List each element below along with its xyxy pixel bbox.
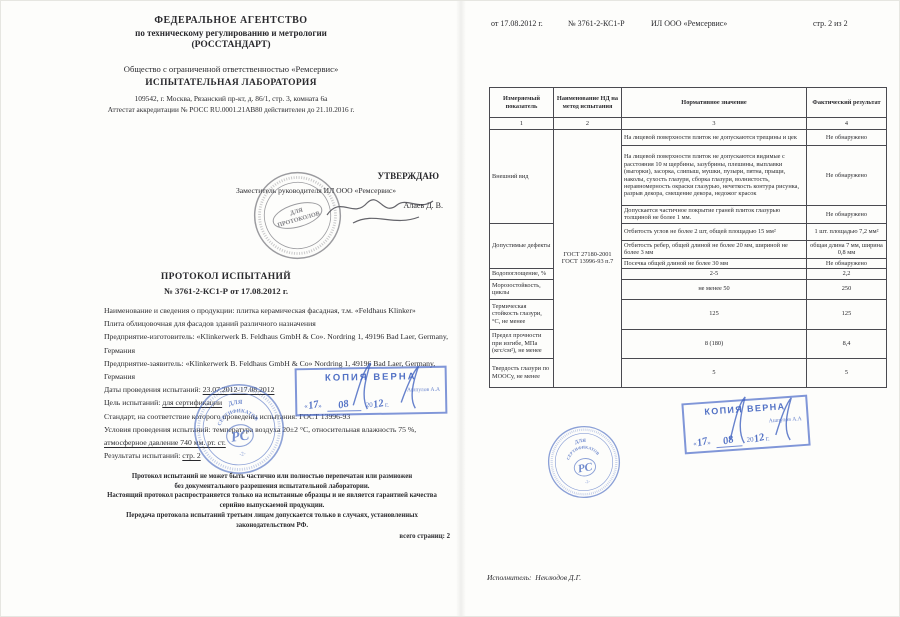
indicator-bending-strength: Предел прочности при изгибе, МПа (кгс/см… [490, 329, 554, 358]
rostest-logo: РС [577, 461, 594, 475]
field-label: Условия проведения испытаний: [104, 425, 211, 434]
normative-value: Отбитость углов не более 2 шт, общей пло… [622, 223, 807, 240]
actual-result: 5 [807, 358, 887, 387]
footer-line: Передача протокола испытаний третьим лиц… [86, 511, 458, 521]
normative-value: 125 [622, 299, 807, 329]
field-label: Стандарт, на соответствие которого прове… [104, 412, 297, 421]
approve-position: Заместитель руководителя ИЛ ООО «Ремсерв… [236, 186, 451, 195]
field-value: 23.07.2012-17.08.2012 [203, 385, 275, 394]
normative-value: не менее 50 [622, 279, 807, 299]
footer-line: без документального разрешения испытател… [86, 482, 458, 492]
certificates-round-stamp-p2: ДЛЯ СЕРТИФИКАТОВ РС -2- [538, 416, 631, 509]
field-value: для сертификации [162, 398, 222, 407]
pages-total: всего страниц: 2 [86, 532, 458, 542]
protocol-number: № 3761-2-КС1-Р от 17.08.2012 г. [96, 286, 356, 296]
stamp-signature-ink [300, 358, 441, 418]
cert-stamp-line2: СЕРТИФИКАТОВ [563, 442, 601, 462]
lab-name: ИСПЫТАТЕЛЬНАЯ ЛАБОРАТОРИЯ [61, 78, 401, 88]
actual-result: 250 [807, 279, 887, 299]
footer-line: законодательством РФ. [86, 521, 458, 531]
field-label: Предприятие-изготовитель: [104, 332, 195, 341]
agency-name: ФЕДЕРАЛЬНОЕ АГЕНТСТВО [61, 15, 401, 26]
table-row: Внешний вид ГОСТ 27180-2001 ГОСТ 13996-9… [490, 130, 887, 146]
col-number: 2 [554, 118, 622, 130]
nd-method-cell: ГОСТ 27180-2001 ГОСТ 13996-93 п.7 [554, 130, 622, 388]
stamp-signature-ink [687, 387, 809, 453]
field-value: плитка керамическая фасадная, т.м. «Feld… [236, 306, 415, 315]
field-label: Предприятие-заявитель: [104, 359, 184, 368]
actual-result: 125 [807, 299, 887, 329]
org-name: Общество с ограниченной ответственностью… [61, 64, 401, 74]
copy-verna-stamp-p2: КОПИЯ ВЕРНА Ашпулов А.А «17»082012 г. [681, 395, 810, 455]
col-header-nd: Наименование НД на метод испытания [554, 88, 622, 118]
normative-value: 5 [622, 358, 807, 387]
field-value: атмосферное давление 740 мм. рт. ст. [104, 438, 226, 447]
actual-result: Не обнаружено [807, 146, 887, 206]
normative-value: На лицевой поверхности плиток не допуска… [622, 146, 807, 206]
p2-header-page: стр. 2 из 2 [813, 19, 848, 28]
actual-result: 2,2 [807, 269, 887, 279]
executor-label: Исполнитель: [487, 573, 532, 582]
lab-address: 109542, г. Москва, Рязанский пр-кт, д. 8… [61, 94, 401, 103]
indicator-frost-resistance: Морозостойкость, циклы [490, 279, 554, 299]
field-value: стр. 2 [182, 451, 200, 460]
footer-line: Настоящий протокол распространяется толь… [86, 491, 458, 501]
actual-result: 8,4 [807, 329, 887, 358]
col-number: 1 [490, 118, 554, 130]
cert-stamp-line1: ДЛЯ [574, 438, 587, 446]
table-header-row: Измеряемый показатель Наименование НД на… [490, 88, 887, 118]
normative-value: На лицевой поверхности плиток не допуска… [622, 130, 807, 146]
agency-subtitle: по техническому регулированию и метролог… [61, 28, 401, 38]
indicator-defects: Допустимые дефекты [490, 223, 554, 268]
executor-line: Исполнитель: Неклюдов Д.Г. [487, 573, 581, 582]
accreditation-line: Аттестат аккредитации № РОСС RU.0001.21А… [61, 106, 401, 114]
actual-result: общая длина 7 мм, ширина 0,8 мм [807, 240, 887, 258]
table-row: Морозостойкость, циклы не менее 50 250 [490, 279, 887, 299]
field-value: «Klinkerwerk B. Feldhaus GmbH & Co». Nor… [197, 332, 449, 341]
table-row: Водопоглощение, % 2-5 2,2 [490, 269, 887, 279]
field-conditions: Условия проведения испытаний: температур… [104, 425, 462, 438]
p2-header-date: от 17.08.2012 г. [491, 19, 543, 28]
indicator-thermal-resistance: Термическая стойкость глазури, °С, не ме… [490, 299, 554, 329]
protocol-title-block: ПРОТОКОЛ ИСПЫТАНИЙ № 3761-2-КС1-Р от 17.… [96, 272, 356, 296]
field-conditions-2: атмосферное давление 740 мм. рт. ст. [104, 438, 462, 451]
executor-name: Неклюдов Д.Г. [535, 573, 581, 582]
table-row: Предел прочности при изгибе, МПа (кгс/см… [490, 329, 887, 358]
approve-title: УТВЕРЖДАЮ [236, 171, 451, 181]
cert-stamp-number: -2- [585, 479, 591, 485]
indicator-appearance: Внешний вид [490, 130, 554, 224]
field-product-2: Плита облицовочная для фасадов зданий ра… [104, 319, 462, 332]
normative-value: Допускается частичное покрытие граней пл… [622, 206, 807, 224]
results-table: Измеряемый показатель Наименование НД на… [489, 87, 887, 388]
field-label: Наименование и сведения о продукции: [104, 306, 234, 315]
table-row: Допустимые дефекты Отбитость углов не бо… [490, 223, 887, 240]
field-results: Результаты испытаний: стр. 2 [104, 451, 462, 464]
col-number: 3 [622, 118, 807, 130]
indicator-glaze-hardness: Твердость глазури по МООСу, не менее [490, 358, 554, 387]
page1-footer: Протокол испытаний не может быть частичн… [86, 472, 458, 542]
footer-line: серийно выпускаемой продукции. [86, 501, 458, 511]
page-seam [456, 1, 466, 617]
field-value: температура воздуха 20±2 °С, относительн… [213, 425, 417, 434]
table-row: Термическая стойкость глазури, °С, не ме… [490, 299, 887, 329]
agency-short: (РОССТАНДАРТ) [61, 40, 401, 50]
field-manufacturer-country: Германия [104, 346, 462, 359]
copy-verna-stamp-p1: КОПИЯ ВЕРНА Ашпулов А.А «17»082012 г. [295, 366, 448, 417]
field-label: Цель испытаний: [104, 398, 160, 407]
protocols-stamp-line2: ПРОТОКОЛОВ [277, 211, 321, 229]
approval-block: УТВЕРЖДАЮ Заместитель руководителя ИЛ ОО… [236, 171, 451, 210]
normative-value: 2-5 [622, 269, 807, 279]
normative-value: Отбитость ребер, общей длиной не более 2… [622, 240, 807, 258]
protocol-title: ПРОТОКОЛ ИСПЫТАНИЙ [96, 272, 356, 282]
indicator-water-absorption: Водопоглощение, % [490, 269, 554, 279]
column-number-row: 1 2 3 4 [490, 118, 887, 130]
actual-result: 1 шт. площадью 7,2 мм² [807, 223, 887, 240]
field-product: Наименование и сведения о продукции: пли… [104, 306, 462, 319]
actual-result: Не обнаружено [807, 206, 887, 224]
col-header-indicator: Измеряемый показатель [490, 88, 554, 118]
scanned-test-protocol: ФЕДЕРАЛЬНОЕ АГЕНТСТВО по техническому ре… [0, 0, 900, 617]
page1-letterhead: ФЕДЕРАЛЬНОЕ АГЕНТСТВО по техническому ре… [61, 15, 401, 114]
approve-name: Алаев Д. В. [236, 201, 451, 210]
field-label: Даты проведения испытаний: [104, 385, 201, 394]
p2-header-org: ИЛ ООО «Ремсервис» [651, 19, 727, 28]
col-header-normative: Нормативное значение [622, 88, 807, 118]
col-number: 4 [807, 118, 887, 130]
actual-result: Не обнаружено [807, 258, 887, 268]
p2-header-number: № 3761-2-КС1-Р [568, 19, 625, 28]
footer-line: Протокол испытаний не может быть частичн… [86, 472, 458, 482]
field-label: Результаты испытаний: [104, 451, 180, 460]
normative-value: 8 (180) [622, 329, 807, 358]
normative-value: Посечка общей длиной не более 30 мм [622, 258, 807, 268]
svg-text:ДЛЯ: ДЛЯ [574, 438, 587, 446]
actual-result: Не обнаружено [807, 130, 887, 146]
table-row: Твердость глазури по МООСу, не менее 5 5 [490, 358, 887, 387]
field-manufacturer: Предприятие-изготовитель: «Klinkerwerk B… [104, 332, 462, 345]
svg-text:СЕРТИФИКАТОВ: СЕРТИФИКАТОВ [563, 442, 601, 462]
col-header-result: Фактический результат [807, 88, 887, 118]
